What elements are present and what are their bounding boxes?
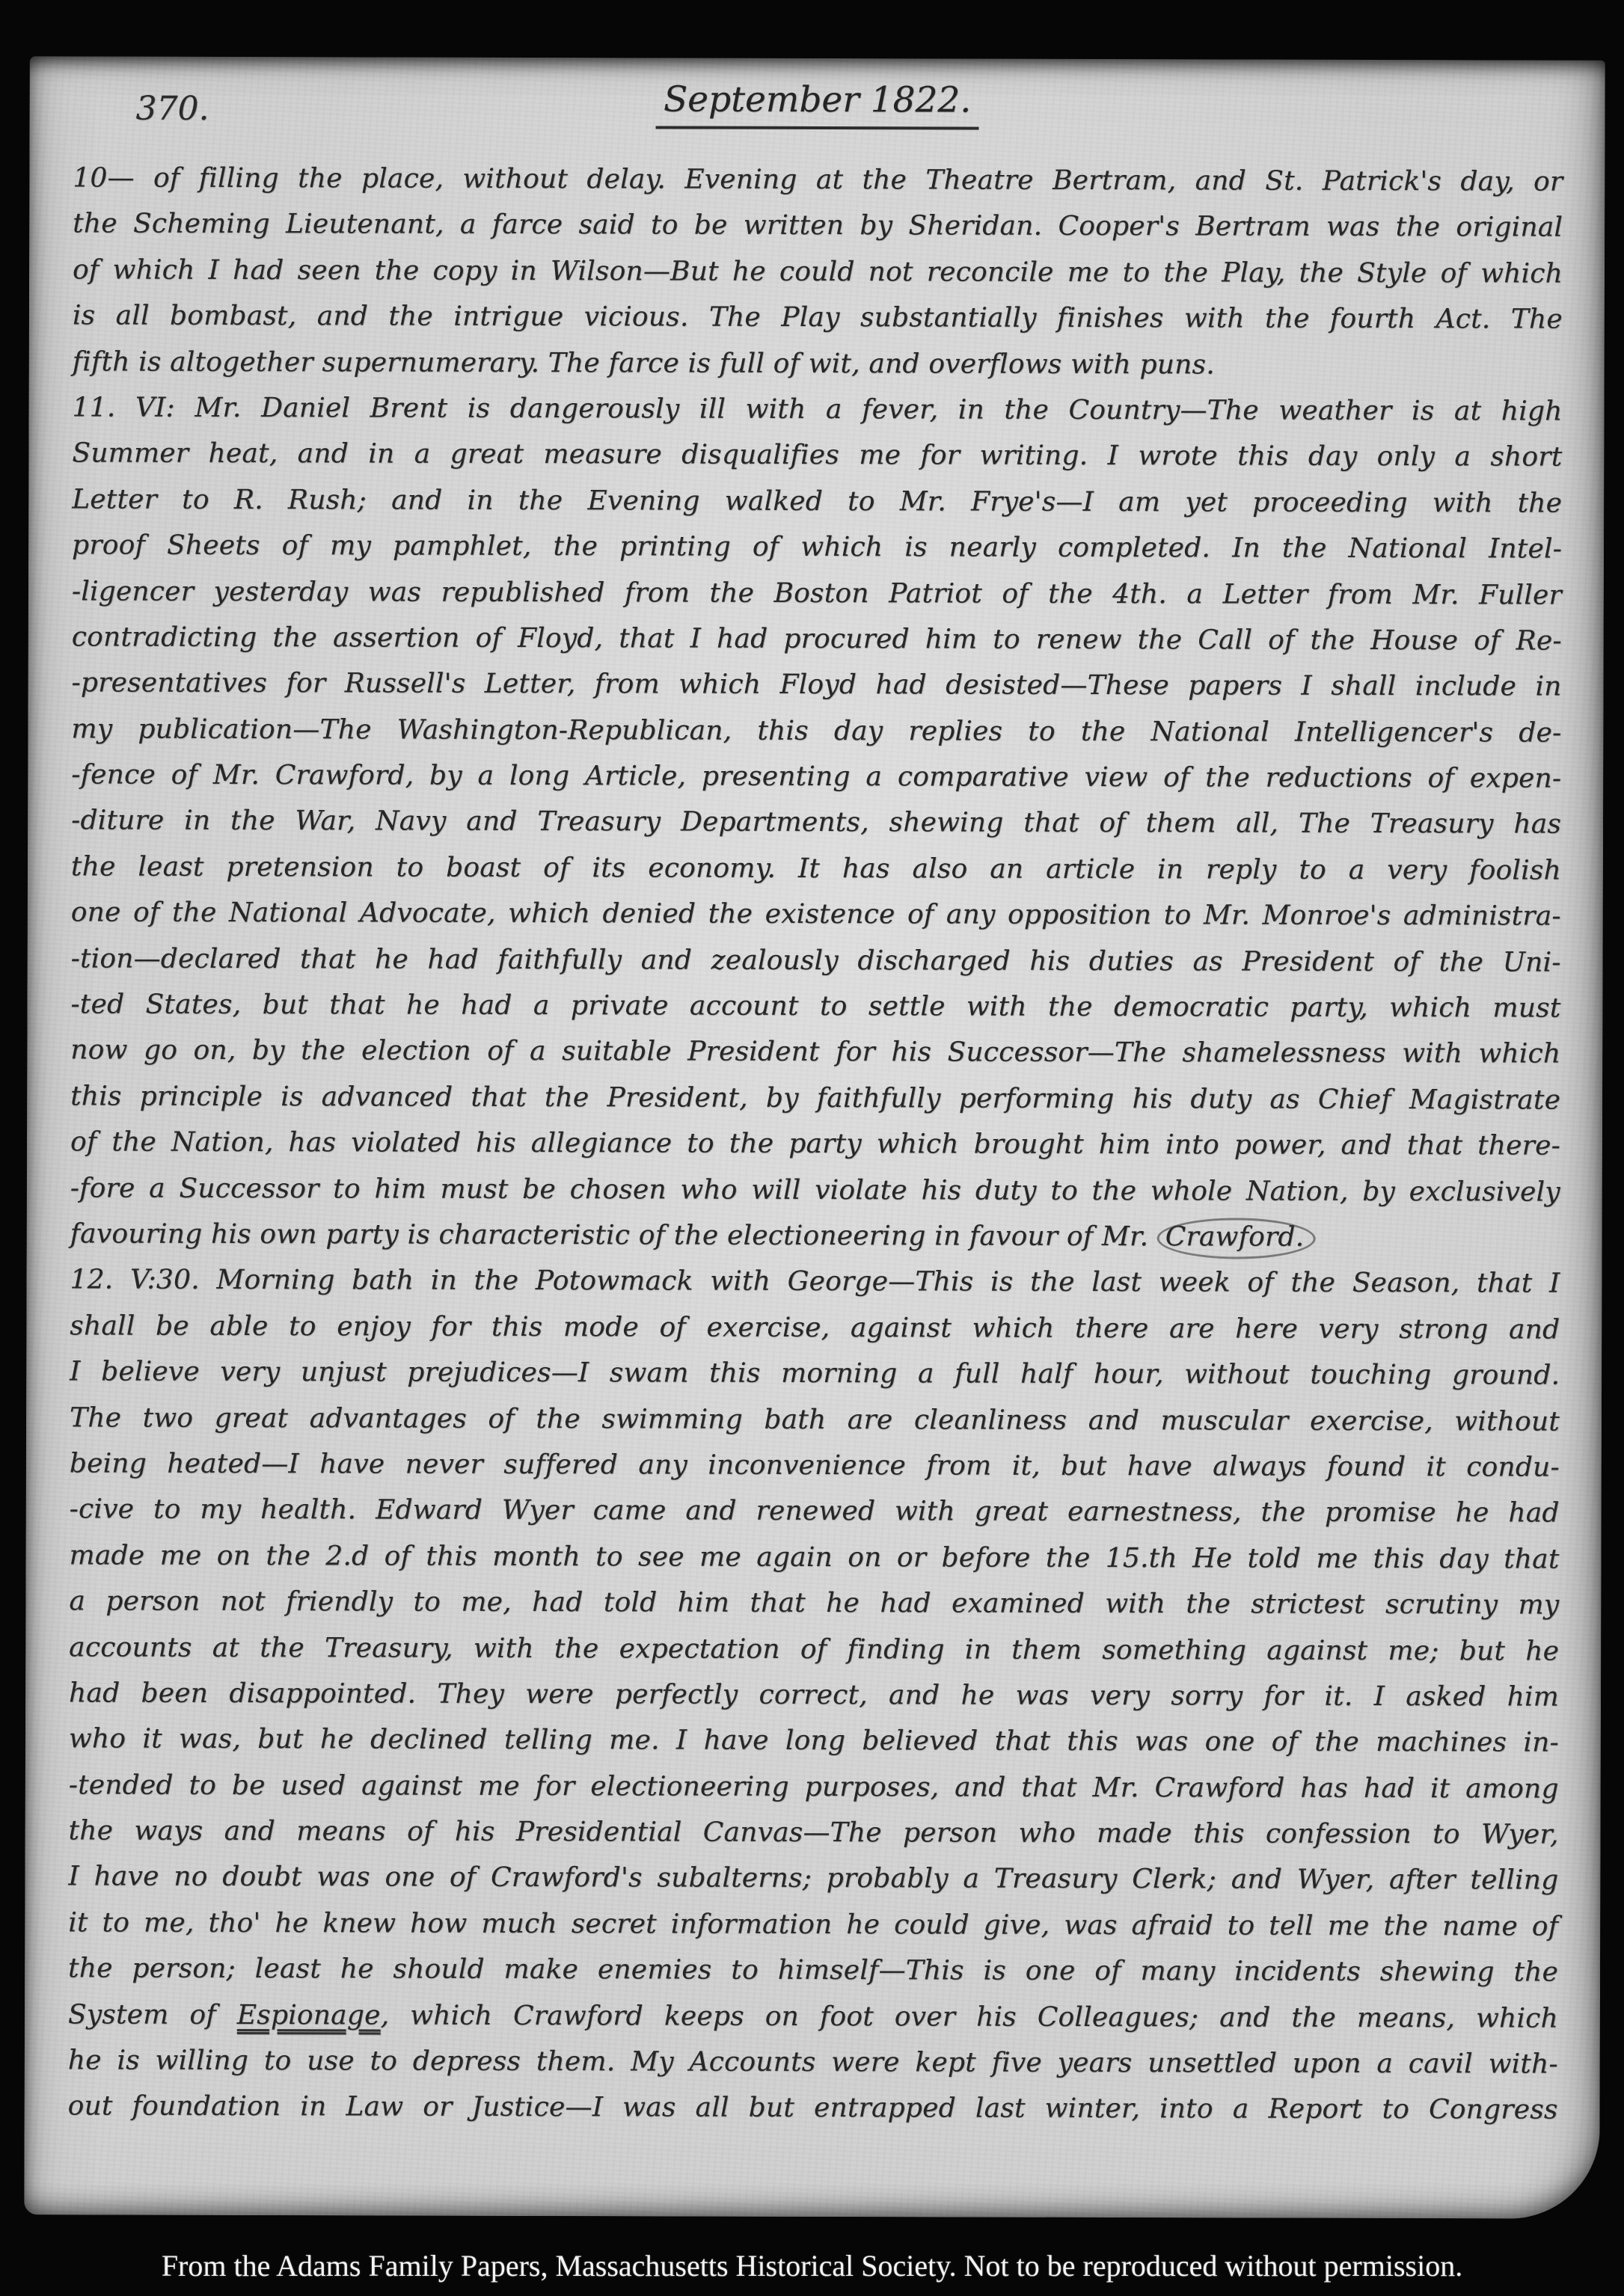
manuscript-line: I believe very unjust prejudices—I swam … — [70, 1357, 1560, 1407]
manuscript-line: -diture in the War, Navy and Treasury De… — [71, 805, 1561, 856]
manuscript-line: now go on, by the election of a suitable… — [70, 1035, 1560, 1085]
manuscript-line: shall be able to enjoy for this mode of … — [70, 1310, 1560, 1360]
manuscript-line: I have no doubt was one of Crawford's su… — [68, 1861, 1558, 1912]
manuscript-line: fifth is altogether supernumerary. The f… — [73, 346, 1563, 396]
manuscript-line: the least pretension to boast of its eco… — [71, 851, 1561, 901]
manuscript-line: 10— of filling the place, without delay.… — [73, 162, 1563, 212]
manuscript-line: being heated—I have never suffered any i… — [70, 1448, 1560, 1498]
manuscript-line: -ligencer yesterday was republished from… — [72, 576, 1562, 626]
manuscript-line: out foundation in Law or Justice—I was a… — [67, 2091, 1557, 2141]
manuscript-line: the person; least he should make enemies… — [68, 1953, 1558, 2004]
manuscript-line: one of the National Advocate, which deni… — [71, 897, 1561, 948]
manuscript-line: favouring his own party is characteristi… — [70, 1218, 1560, 1268]
manuscript-line: proof Sheets of my pamphlet, the printin… — [72, 530, 1562, 580]
manuscript-line: -cive to my health. Edward Wyer came and… — [70, 1494, 1560, 1544]
manuscript-line: Letter to R. Rush; and in the Evening wa… — [72, 484, 1562, 534]
manuscript-line: The two great advantages of the swimming… — [70, 1402, 1560, 1452]
manuscript-line: is all bombast, and the intrigue vicious… — [73, 301, 1563, 351]
header-date: September 1822. — [656, 79, 978, 129]
manuscript-line: 11. VI: Mr. Daniel Brent is dangerously … — [72, 392, 1562, 442]
manuscript-line: a person not friendly to me, had told hi… — [69, 1586, 1559, 1636]
manuscript-line: the ways and means of his Presidential C… — [68, 1815, 1558, 1865]
manuscript-line: this principle is advanced that the Pres… — [70, 1081, 1560, 1131]
manuscript-line: -fore a Successor to him must be chosen … — [70, 1173, 1560, 1223]
circled-word: Crawford. — [1157, 1218, 1316, 1259]
attribution-caption: From the Adams Family Papers, Massachuse… — [0, 2248, 1624, 2283]
manuscript-line: System of Espionage, which Crawford keep… — [68, 1999, 1558, 2049]
manuscript-line: had been disappointed. They were perfect… — [69, 1678, 1559, 1728]
header: September 1822. — [30, 77, 1605, 132]
manuscript-line: 12. V:30. Morning bath in the Potowmack … — [70, 1265, 1560, 1315]
manuscript-line: who it was, but he declined telling me. … — [69, 1724, 1559, 1774]
manuscript-line: -tended to be used against me for electi… — [69, 1769, 1559, 1820]
manuscript-line: made me on the 2.d of this month to see … — [69, 1540, 1559, 1590]
manuscript-line: -tion—declared that he had faithfully an… — [71, 943, 1561, 993]
manuscript-line: -presentatives for Russell's Letter, fro… — [71, 668, 1561, 718]
manuscript-line: it to me, tho' he knew how much secret i… — [68, 1907, 1558, 1957]
manuscript-line: he is willing to use to depress them. My… — [68, 2045, 1558, 2095]
manuscript-line: of which I had seen the copy in Wilson—B… — [73, 254, 1563, 304]
manuscript-line: -ted States, but that he had a private a… — [70, 989, 1560, 1039]
manuscript-line: the Scheming Lieutenant, a farce said to… — [73, 209, 1563, 259]
manuscript-paper: 370. September 1822. 10— of filling the … — [24, 56, 1605, 2219]
manuscript-line: my publication—The Washington-Republican… — [71, 713, 1561, 764]
manuscript-line: -fence of Mr. Crawford, by a long Articl… — [71, 759, 1561, 809]
manuscript-line: Summer heat, and in a great measure disq… — [72, 438, 1562, 488]
manuscript-lines: 10— of filling the place, without delay.… — [67, 162, 1563, 2140]
manuscript-line: contradicting the assertion of Floyd, th… — [72, 621, 1562, 672]
manuscript-line: accounts at the Treasury, with the expec… — [69, 1632, 1559, 1682]
underlined-word: Espionage — [237, 2000, 381, 2031]
manuscript-line: of the Nation, has violated his allegian… — [70, 1127, 1560, 1177]
